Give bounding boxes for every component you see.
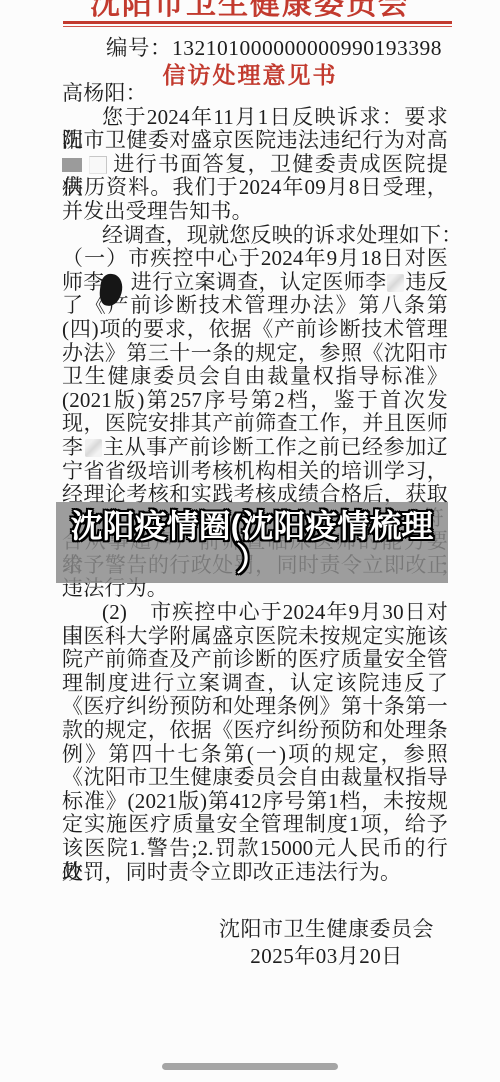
document-line: 该医院1.警告;2.罚款15000元人民币的行政 <box>62 837 448 861</box>
document-body: 高杨阳：您于2024年11月1日反映诉求：要求沈阳市卫健委对盛京医院违法违纪行为… <box>62 82 448 884</box>
line-text: 并发出受理告知书。 <box>62 199 253 223</box>
document-line: 高杨阳： <box>62 82 448 106</box>
line-text: 阳市卫健委对盛京医院违法违纪行为对高 <box>62 128 448 152</box>
line-text: 师李 <box>62 270 105 294</box>
document-line: 理制度进行立案调查，认定该院违反了 <box>62 672 448 696</box>
header-double-rule <box>63 21 452 28</box>
rule-thick <box>63 21 452 24</box>
line-text: 病历资料。我们于2024年09月8日受理， <box>62 175 448 199</box>
document-line: 《沈阳市卫生健康委员会自由裁量权指导 <box>62 766 448 790</box>
line-text: 标准》(2021版)第412序号第1档，未按规 <box>62 789 448 813</box>
rule-thin <box>63 26 452 27</box>
redaction-mark-blur <box>85 439 102 457</box>
line-text: 李 <box>62 435 84 459</box>
document-line: 宁省省级培训考核机构相关的培训学习， <box>62 460 448 484</box>
document-line: 卫生健康委员会自由裁量权指导标准》 <box>62 365 448 389</box>
document-line: 国医科大学附属盛京医院未按规定实施该 <box>62 625 448 649</box>
line-text: 国医科大学附属盛京医院未按规定实施该 <box>62 624 448 648</box>
redaction-mark-ghost <box>89 156 107 174</box>
line-text: 办法》第三十一条的规定，参照《沈阳市 <box>62 341 448 365</box>
line-text: (四)项的要求，依据《产前诊断技术管理 <box>62 317 448 341</box>
document-line: 现，医院安排其产前筛查工作，并且医师 <box>62 412 448 436</box>
line-text: 现，医院安排其产前筛查工作，并且医师 <box>62 411 448 435</box>
document-line: （一）市疾控中心于2024年9月18日对医 <box>62 247 448 271</box>
document-line: 阳市卫健委对盛京医院违法违纪行为对高 <box>62 129 448 153</box>
line-text: （一）市疾控中心于2024年9月18日对医 <box>62 246 448 270</box>
signature-block: 沈阳市卫生健康委员会 2025年03月20日 <box>219 916 434 969</box>
document-line: 并发出受理告知书。 <box>62 200 448 224</box>
line-text: 《医疗纠纷预防和处理条例》第十条第一 <box>62 694 448 718</box>
document-line: 办法》第三十一条的规定，参照《沈阳市 <box>62 342 448 366</box>
document-photo-page: 沈阳市卫生健康委员会 编号：132101000000000990193398 信… <box>0 0 500 1082</box>
watermark-text-line1: 沈阳疫情圈(沈阳疫情梳理 <box>71 508 434 545</box>
redaction-mark-blur <box>387 274 404 292</box>
document-line: 院产前筛查及产前诊断的医疗质量安全管 <box>62 648 448 672</box>
document-line: 标准》(2021版)第412序号第1档，未按规 <box>62 790 448 814</box>
line-text: 卫生健康委员会自由裁量权指导标准》 <box>62 364 448 388</box>
document-line: (四)项的要求，依据《产前诊断技术管理 <box>62 318 448 342</box>
line-text: 理制度进行立案调查，认定该院违反了 <box>62 671 448 695</box>
line-text: 进行立案调查，认定医师李 <box>131 270 387 294</box>
line-text: 处罚，同时责令立即改正违法行为。 <box>62 860 401 884</box>
signature-org: 沈阳市卫生健康委员会 <box>219 916 434 943</box>
document-line: 进行书面答复，卫健委责成医院提供 <box>62 153 448 177</box>
line-text: 《沈阳市卫生健康委员会自由裁量权指导 <box>62 765 448 789</box>
document-line: 例》第四十七条第(一)项的规定，参照 <box>62 743 448 767</box>
document-line: 处罚，同时责令立即改正违法行为。 <box>62 861 448 885</box>
line-text: 宁省省级培训考核机构相关的培训学习， <box>62 459 448 483</box>
line-text: 例》第四十七条第(一)项的规定，参照 <box>62 742 448 766</box>
watermark-banner: 沈阳疫情圈(沈阳疫情梳理 ） <box>56 502 448 583</box>
line-text: 主从事产前诊断工作之前已经参加辽 <box>103 435 448 459</box>
line-text: 违反 <box>405 270 448 294</box>
signature-date: 2025年03月20日 <box>219 943 434 970</box>
doc-number-line: 编号：132101000000000990193398 <box>62 31 452 57</box>
watermark-text-line2: ） <box>236 541 268 578</box>
document-line: 《医疗纠纷预防和处理条例》第十条第一 <box>62 695 448 719</box>
redaction-mark-solid <box>62 158 82 172</box>
document-line: 您于2024年11月1日反映诉求：要求沈 <box>62 106 448 130</box>
document-line: 李主从事产前诊断工作之前已经参加辽 <box>62 436 448 460</box>
home-indicator-bar <box>162 1063 338 1070</box>
line-text: 高杨阳： <box>62 81 147 105</box>
line-text: (2021版)第257序号第2档，鉴于首次发 <box>62 388 448 412</box>
org-title-cropped: 沈阳市卫生健康委员会 <box>0 0 500 23</box>
document-line: 病历资料。我们于2024年09月8日受理， <box>62 176 448 200</box>
document-line: (2) 市疾控中心于2024年9月30日对中 <box>62 601 448 625</box>
document-line: 款的规定，依据《医疗纠纷预防和处理条 <box>62 719 448 743</box>
line-text: 经调查，现就您反映的诉求处理如下： <box>102 223 462 247</box>
document-line: 定实施医疗质量安全管理制度1项，给予 <box>62 813 448 837</box>
line-text: 定实施医疗质量安全管理制度1项，给予 <box>62 812 448 836</box>
line-text: 款的规定，依据《医疗纠纷预防和处理条 <box>62 718 448 742</box>
line-text: 院产前筛查及产前诊断的医疗质量安全管 <box>62 647 448 671</box>
document-line: (2021版)第257序号第2档，鉴于首次发 <box>62 389 448 413</box>
document-line: 经调查，现就您反映的诉求处理如下： <box>62 224 448 248</box>
document-line: 了《产前诊断技术管理办法》第八条第 <box>62 294 448 318</box>
